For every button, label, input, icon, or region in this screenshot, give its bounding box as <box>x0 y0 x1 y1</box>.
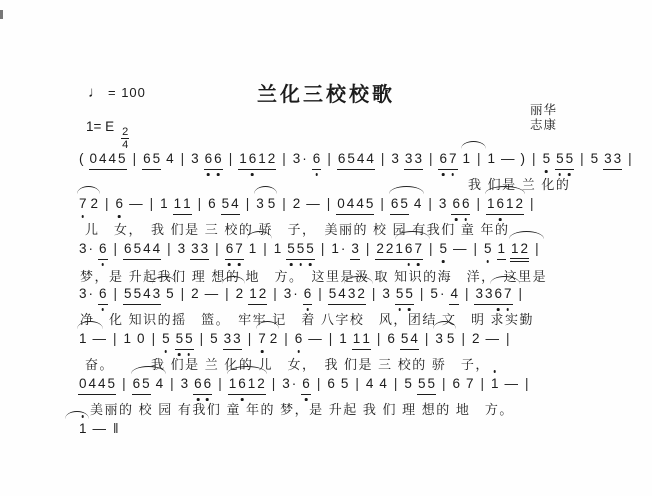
time-signature-bottom: 4 <box>122 139 128 150</box>
low-octave-dot <box>315 173 318 176</box>
note-unit: 1 <box>248 240 258 257</box>
note-unit: 5543 <box>123 285 161 305</box>
low-octave-dot <box>251 173 254 176</box>
barline: | <box>246 330 254 347</box>
sheet-music-page: ♩= 100 兰化三校校歌 丽华 志康 1= E24 (0445|654|366… <box>0 0 652 496</box>
barline: | <box>392 375 400 392</box>
note-unit: 4 <box>165 150 175 167</box>
low-octave-dot <box>464 218 467 221</box>
credits: 丽华 志康 <box>530 103 557 133</box>
note-unit: 33 <box>404 150 423 170</box>
barline: | <box>316 285 324 302</box>
note-unit: 1612 <box>228 375 266 395</box>
note-unit: 1 <box>490 375 500 392</box>
barline: | <box>325 150 333 167</box>
barline: | <box>216 375 224 392</box>
note-unit: 54 <box>400 330 419 350</box>
barline: | <box>112 240 120 257</box>
note-unit: 2 <box>235 285 245 302</box>
barline: | <box>271 285 279 302</box>
key-value: 1= E <box>86 119 114 134</box>
barline: | <box>148 195 156 212</box>
low-octave-dot <box>451 173 454 176</box>
note-unit: 5 <box>209 330 219 347</box>
note-unit: 33 <box>190 240 209 260</box>
note-unit: 6 <box>294 330 304 347</box>
note-unit: 555 <box>286 240 315 260</box>
barline: | <box>179 285 187 302</box>
low-octave-dot <box>305 398 308 401</box>
barline: | <box>626 150 634 167</box>
note-unit: 54 <box>221 195 240 215</box>
barline: | <box>479 375 487 392</box>
low-octave-dot <box>206 398 209 401</box>
barline: | <box>315 375 323 392</box>
note-unit: 3 5 <box>434 330 455 347</box>
key-signature: 1= E24 <box>86 119 129 150</box>
note-unit: 3 <box>381 285 391 302</box>
barline: | <box>533 240 541 257</box>
note-unit: 66 <box>204 150 223 170</box>
low-octave-dot <box>165 350 168 353</box>
note-unit: 11 <box>173 195 192 215</box>
note-unit: 5432 <box>328 285 366 305</box>
barline: | <box>523 375 531 392</box>
barline: | <box>223 285 231 302</box>
music-line: 1—‖ <box>78 420 608 437</box>
note-unit: 1 <box>273 240 283 257</box>
note-unit: 1 <box>497 240 507 260</box>
note-unit: 6 <box>312 150 322 170</box>
note-unit: 6544 <box>337 150 375 170</box>
note-unit: 33 <box>223 330 242 350</box>
barline: | <box>150 330 158 347</box>
note-unit: 55 <box>555 150 574 170</box>
low-octave-dot <box>217 173 220 176</box>
credit-composer: 志康 <box>530 118 557 133</box>
barline: | <box>282 330 290 347</box>
note-unit: 66 <box>451 195 470 215</box>
slur-arc <box>227 366 267 374</box>
note-unit: 65 <box>132 375 151 395</box>
barline: | <box>423 330 431 347</box>
note-unit: 7 2 <box>78 195 99 212</box>
low-octave-dot <box>207 173 210 176</box>
high-octave-dot <box>493 370 496 373</box>
low-octave-dot <box>261 350 264 353</box>
note-unit: 12 <box>248 285 267 305</box>
barline: | <box>427 150 435 167</box>
low-octave-dot <box>417 263 420 266</box>
barline: | <box>375 330 383 347</box>
music-line: 3·6|6544|333|671|1555|1·3|22167|5—|5112| <box>78 240 608 262</box>
note-unit: 11 <box>352 330 371 350</box>
note-unit: 67 <box>225 240 244 260</box>
note-unit: — <box>307 330 323 347</box>
system-7: 1—‖ <box>78 420 608 465</box>
low-octave-dot <box>568 173 571 176</box>
note-unit: 0445 <box>78 375 116 395</box>
note-unit: 3· <box>283 285 299 302</box>
low-octave-dot <box>101 308 104 311</box>
note-unit: 0445 <box>336 195 374 215</box>
note-unit: 65 <box>142 150 161 170</box>
note-unit: — <box>484 330 500 347</box>
final-barline: ‖ <box>111 420 121 437</box>
note-unit: 1 <box>462 150 472 167</box>
low-octave-dot <box>408 308 411 311</box>
note-unit: 6 <box>207 195 217 212</box>
barline: | <box>280 195 288 212</box>
note-unit: 66 <box>193 375 212 395</box>
slur-arc <box>461 141 487 149</box>
note-unit: 6 <box>303 285 313 305</box>
note-unit: 3 5 <box>255 195 276 212</box>
note-unit: 5 <box>161 330 171 347</box>
barline: | <box>198 330 206 347</box>
barline: | <box>364 240 372 257</box>
barline: | <box>530 150 538 167</box>
note-unit: 3· <box>292 150 308 167</box>
note-unit: 5 <box>483 240 493 257</box>
note-unit: 3· <box>281 375 297 392</box>
barline: | <box>112 285 120 302</box>
low-octave-dot <box>299 263 302 266</box>
barline: | <box>213 240 221 257</box>
note-unit: 1 <box>159 195 169 212</box>
barline: | <box>427 240 435 257</box>
low-octave-dot <box>241 398 244 401</box>
music-line: 0445|654|366|1612|3·6|65|44|555|67|1—| <box>78 375 608 395</box>
low-octave-dot <box>442 173 445 176</box>
slur-arc <box>77 321 103 329</box>
low-octave-dot <box>559 173 562 176</box>
barline: | <box>418 285 426 302</box>
barline: | <box>179 150 187 167</box>
note-unit: 4 <box>378 375 388 392</box>
note-unit: 2 <box>190 285 200 302</box>
low-octave-dot <box>545 170 548 173</box>
note-unit: 3· <box>78 240 94 257</box>
note-unit: 3 <box>177 240 187 257</box>
scan-artifact <box>0 10 3 19</box>
note-unit: 5 <box>340 375 350 392</box>
low-octave-dot <box>228 263 231 266</box>
low-octave-dot <box>238 263 241 266</box>
barline: | <box>426 195 434 212</box>
note-unit: 6 <box>301 375 311 395</box>
low-octave-dot <box>306 308 309 311</box>
time-signature: 24 <box>121 127 129 150</box>
note-unit: 1 <box>78 330 88 347</box>
note-unit: 2 <box>292 195 302 212</box>
note-unit: 6 <box>98 285 108 305</box>
credit-lyricist: 丽华 <box>530 103 557 118</box>
note-unit: 4 <box>413 195 423 212</box>
note-unit: — <box>452 240 468 257</box>
note-unit: — <box>504 375 520 392</box>
note-unit: — <box>128 195 144 212</box>
note-unit: 5 <box>438 240 448 257</box>
low-octave-dot <box>118 215 121 218</box>
note-unit: — <box>305 195 321 212</box>
barline: | <box>379 150 387 167</box>
note-unit: 2 <box>471 330 481 347</box>
note-unit: 0445 <box>89 150 127 170</box>
note-unit: 4 <box>449 285 459 305</box>
barline: | <box>227 150 235 167</box>
time-signature-top: 2 <box>121 127 129 139</box>
barline: | <box>244 195 252 212</box>
note-unit: 6 <box>451 375 461 392</box>
note-unit: 67 <box>438 150 457 170</box>
note-unit: 5 <box>590 150 600 167</box>
barline: | <box>578 150 586 167</box>
lyric-line: 我 们是 兰 化的 <box>78 174 608 193</box>
barline: | <box>319 240 327 257</box>
note-unit: 3 <box>390 150 400 167</box>
low-octave-dot <box>407 263 410 266</box>
low-octave-dot <box>442 260 445 263</box>
note-unit: 5 <box>403 375 413 392</box>
barline: | <box>131 150 139 167</box>
note-unit: 33 <box>603 150 622 170</box>
barline: | <box>196 195 204 212</box>
low-octave-dot <box>506 308 509 311</box>
barline: | <box>471 240 479 257</box>
note-unit: — <box>204 285 220 302</box>
note-unit: 65 <box>390 195 409 215</box>
barline: | <box>168 375 176 392</box>
note-unit: 3 <box>350 240 360 260</box>
score: (0445|654|366|1612|3·6|6544|333|671|1—)|… <box>78 150 608 465</box>
lyric-line: 美丽的 校 园 有我们 童 年的 梦，是 升起 我 们 理 想的 地 方。 <box>78 399 608 418</box>
music-line: (0445|654|366|1612|3·6|6544|333|671|1—)|… <box>78 150 608 170</box>
note-unit: 55 <box>395 285 414 305</box>
note-unit: 5 <box>542 150 552 167</box>
barline: | <box>474 195 482 212</box>
note-unit: 55 <box>417 375 436 395</box>
barline: | <box>504 330 512 347</box>
barline: | <box>475 150 483 167</box>
slur-arc <box>65 411 89 419</box>
barline: | <box>528 195 536 212</box>
barline: | <box>325 195 333 212</box>
slur-arc <box>152 276 176 284</box>
note-unit: 6 <box>326 375 336 392</box>
system-1: (0445|654|366|1612|3·6|6544|333|671|1—)|… <box>78 150 608 195</box>
note-unit: 3 <box>180 375 190 392</box>
note-unit: 3367 <box>474 285 512 305</box>
note-unit: 1· <box>330 240 346 257</box>
note-unit: 5 <box>165 285 175 302</box>
barline: | <box>378 195 386 212</box>
barline: | <box>261 240 269 257</box>
note-unit: 3 <box>190 150 200 167</box>
barline: | <box>517 285 525 302</box>
note-unit: ) <box>520 150 527 167</box>
music-line: 3·6|55435|2—|212|3·6|5432|355|5·4|3367| <box>78 285 608 305</box>
note-unit: 6 <box>115 195 125 212</box>
note-unit: 3· <box>78 285 94 302</box>
low-octave-dot <box>455 218 458 221</box>
note-unit: 6544 <box>123 240 161 260</box>
note-unit: 7 2 <box>257 330 278 347</box>
music-line: 1—|10|555|533|7 2|6—|111|654|3 5|2—| <box>78 330 608 350</box>
lyric-line: 净 化 知识的摇 篮。 牢牢 记 着 八字校 风，团结 文 明 求实勤 <box>78 309 608 328</box>
low-octave-dot <box>81 215 84 218</box>
barline: | <box>111 330 119 347</box>
low-octave-dot <box>101 263 104 266</box>
low-octave-dot <box>290 263 293 266</box>
low-octave-dot <box>297 350 300 353</box>
low-octave-dot <box>486 260 489 263</box>
low-octave-dot <box>197 398 200 401</box>
slur-arc <box>344 276 373 284</box>
low-octave-dot <box>178 353 181 356</box>
note-unit: — <box>500 150 516 167</box>
note-unit: 22167 <box>375 240 423 260</box>
slur-arc <box>131 366 166 374</box>
barline: | <box>120 375 128 392</box>
note-unit: 1612 <box>238 150 276 170</box>
note-unit: 6 <box>98 240 108 260</box>
barline: | <box>463 285 471 302</box>
barline: | <box>280 150 288 167</box>
barline: | <box>165 240 173 257</box>
note-unit: 1612 <box>486 195 524 215</box>
slur-arc <box>490 276 519 284</box>
note-unit: 3 <box>438 195 448 212</box>
barline: | <box>440 375 448 392</box>
low-octave-dot <box>188 353 191 356</box>
note-unit: 5· <box>429 285 445 302</box>
barline: | <box>270 375 278 392</box>
system-4: 3·6|55435|2—|212|3·6|5432|355|5·4|3367|净… <box>78 285 608 330</box>
system-6: 0445|654|366|1612|3·6|65|44|555|67|1—|美丽… <box>78 375 608 420</box>
barline: | <box>353 375 361 392</box>
music-line: 7 2|6—|111|654|3 5|2—|0445|654|366|1612| <box>78 195 608 215</box>
low-octave-dot <box>499 218 502 221</box>
note-unit: 0 <box>136 330 146 347</box>
note-unit: 1 <box>338 330 348 347</box>
note-unit: 1 <box>123 330 133 347</box>
barline: | <box>459 330 467 347</box>
note-unit: 1 <box>78 420 88 437</box>
low-octave-dot <box>398 308 401 311</box>
barline: | <box>327 330 335 347</box>
note-unit: 7 <box>465 375 475 392</box>
note-unit: ( <box>78 150 85 167</box>
note-unit: 1 <box>487 150 497 167</box>
note-unit: 4 <box>365 375 375 392</box>
note-unit: 55 <box>175 330 194 350</box>
low-octave-dot <box>497 308 500 311</box>
low-octave-dot <box>309 263 312 266</box>
note-unit: 4 <box>155 375 165 392</box>
barline: | <box>103 195 111 212</box>
note-unit: — <box>92 330 108 347</box>
note-unit: 6 <box>386 330 396 347</box>
barline: | <box>370 285 378 302</box>
note-unit: — <box>92 420 108 437</box>
note-unit: 12 <box>510 240 529 262</box>
